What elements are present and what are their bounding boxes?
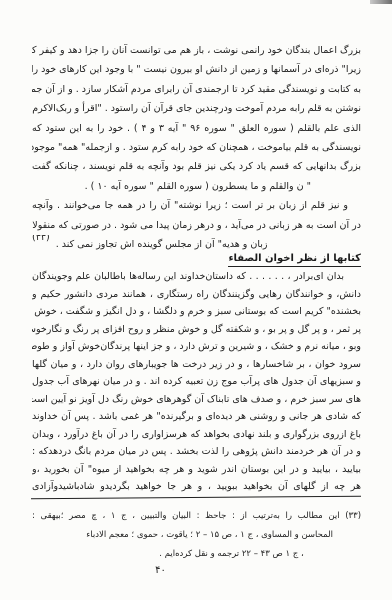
scan-artifact-corner	[370, 0, 392, 4]
text-line: دانش، و خوانندگان رهایی وگزینندگان راه ر…	[32, 286, 361, 304]
quran-quote-line: " ن والقلم و ما یسطرون ( سوره القلم " سو…	[32, 177, 361, 196]
text-line: های سر سبز خرم ، و صدف های تابناک آن گوه…	[32, 391, 361, 409]
scan-artifact-dots: ··	[76, 484, 82, 492]
text-line: نویسندگی به قلم بیاموخت ، همچنان که خود …	[32, 138, 361, 157]
section-heading: کتابها از نظر اخوان الصفاء	[32, 246, 361, 267]
text-line: نوشتن به قلم رابه مردم آموخت ودرچندین جا…	[32, 99, 361, 118]
text-line: زیرا" ذره‌ای در آسمانها و زمین از دانش ا…	[32, 60, 361, 79]
scanned-book-page: بزرگ اعمال بندگان خود رانمی نوشت ، باز ه…	[0, 0, 392, 600]
footnote-divider	[31, 496, 361, 500]
text-line: و نیز قلم از زبان بر تر است ؛ زیرا نوشته…	[32, 196, 361, 215]
text-line: و سبزیهای آن جدول های پرآب موج زن تعبیه …	[32, 373, 361, 391]
text-line: بخشنده" کریم است که بوستانی سبز و خرم و …	[32, 303, 361, 321]
text-line: بدان ای‌برادر ، . . . . . . که داستان‌خد…	[32, 268, 361, 286]
text-line: سرود خوان ، بر شاخسارها ، و در زیر درخت …	[32, 356, 361, 374]
text-line: به کتابت و نویسندگی مقید کرد تا ارجمندی …	[32, 80, 361, 99]
text-line: الذی علم بالقلم ( سوره العلق " سوره ۹۶ "…	[32, 119, 361, 138]
text-line: و در آن هر خردمند دانش پژوهی را لذت بخشد…	[32, 443, 361, 461]
text-line: وبو ، میانه نرم و خشک ، و شیرین و ترش دا…	[32, 338, 361, 356]
paragraph-1: بزرگ اعمال بندگان خود رانمی نوشت ، باز ه…	[32, 41, 361, 254]
text-line: بزرگ بدانهایی که قسم یاد کرد یکی نیز قلم…	[32, 157, 361, 176]
paragraph-2: بدان ای‌برادر ، . . . . . . که داستان‌خد…	[32, 268, 361, 496]
text-line: در آن است به هر زبانی در می‌آید ، و درهر…	[32, 216, 361, 235]
text-line: باغ ازروی بزرگواری و بلند نهادی بخواهد ک…	[32, 426, 361, 444]
section-heading-text: کتابها از نظر اخوان الصفاء	[228, 253, 361, 267]
page-number: ۴۰	[0, 565, 325, 576]
text-line: که شادی هر جانی و روشنی هر دیده‌ای و برگ…	[32, 408, 361, 426]
footnote-33: (۳۳) این مطالب را به‌ترتیب از : جاحظ : ا…	[32, 507, 361, 564]
text-line: بزرگ اعمال بندگان خود رانمی نوشت ، باز ه…	[32, 41, 361, 60]
footnote-line: المحاسن و المساوی ، ج ۱ ، ص ۱۵ – ۲ ؛ یاق…	[32, 526, 361, 545]
footnote-line: (۳۳) این مطالب را به‌ترتیب از : جاحظ : ا…	[32, 507, 361, 526]
text-line: بیایید ، بیایید و در این بوستان اندر شوی…	[32, 461, 361, 479]
text-line: پر ثمر ، و پر گل و پر بو ، و شکفته گل و …	[32, 321, 361, 339]
footnote-line: ، ج ۱ ص ۴۳ – ۲۲ ترجمه و نقل کرده‌ایم .	[67, 545, 392, 564]
